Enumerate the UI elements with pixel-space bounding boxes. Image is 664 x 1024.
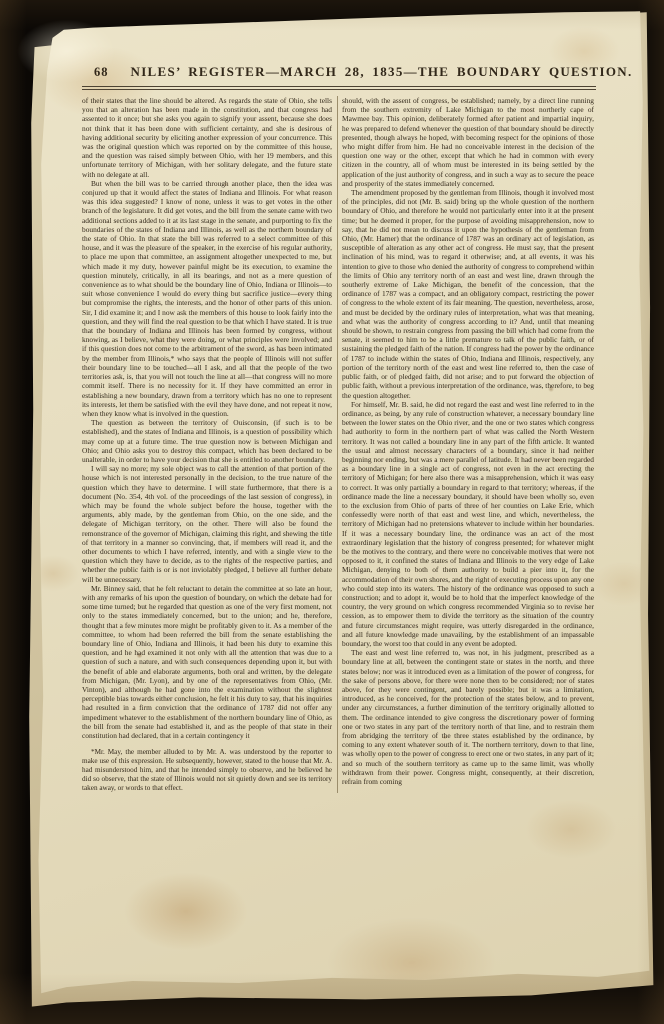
masthead-title: NILES’ REGISTER—MARCH 28, 1835—THE BOUND… [131,64,633,80]
right-column-paragraphs: should, with the assent of congress, be … [342,96,594,786]
page-content: 68 NILES’ REGISTER—MARCH 28, 1835—THE BO… [82,64,596,793]
paragraph: For himself, Mr. B. said, he did not reg… [342,400,594,648]
paragraph: The question as between the territory of… [82,418,332,464]
paragraph: I will say no more; my sole object was t… [82,464,332,584]
column-divider-rule [337,96,338,793]
page-number: 68 [94,65,109,80]
text-columns: of their states that the line should be … [82,96,596,793]
paragraph: Mr. Binney said, that he felt reluctant … [82,584,332,740]
page-header: 68 NILES’ REGISTER—MARCH 28, 1835—THE BO… [82,64,596,80]
paragraph: The amendment proposed by the gentleman … [342,188,594,400]
paragraph: should, with the assent of congress, be … [342,96,594,188]
header-double-rule [82,86,596,90]
left-column: of their states that the line should be … [82,96,332,793]
right-column: should, with the assent of congress, be … [342,96,594,793]
paragraph: of their states that the line should be … [82,96,332,179]
footnote: *Mr. May, the member alluded to by Mr. A… [82,748,332,793]
left-column-paragraphs: of their states that the line should be … [82,96,332,740]
paragraph: But when the bill was to be carried thro… [82,179,332,418]
scanned-page-scene: 68 NILES’ REGISTER—MARCH 28, 1835—THE BO… [0,0,664,1024]
paragraph: The east and west line referred to, was … [342,648,594,786]
